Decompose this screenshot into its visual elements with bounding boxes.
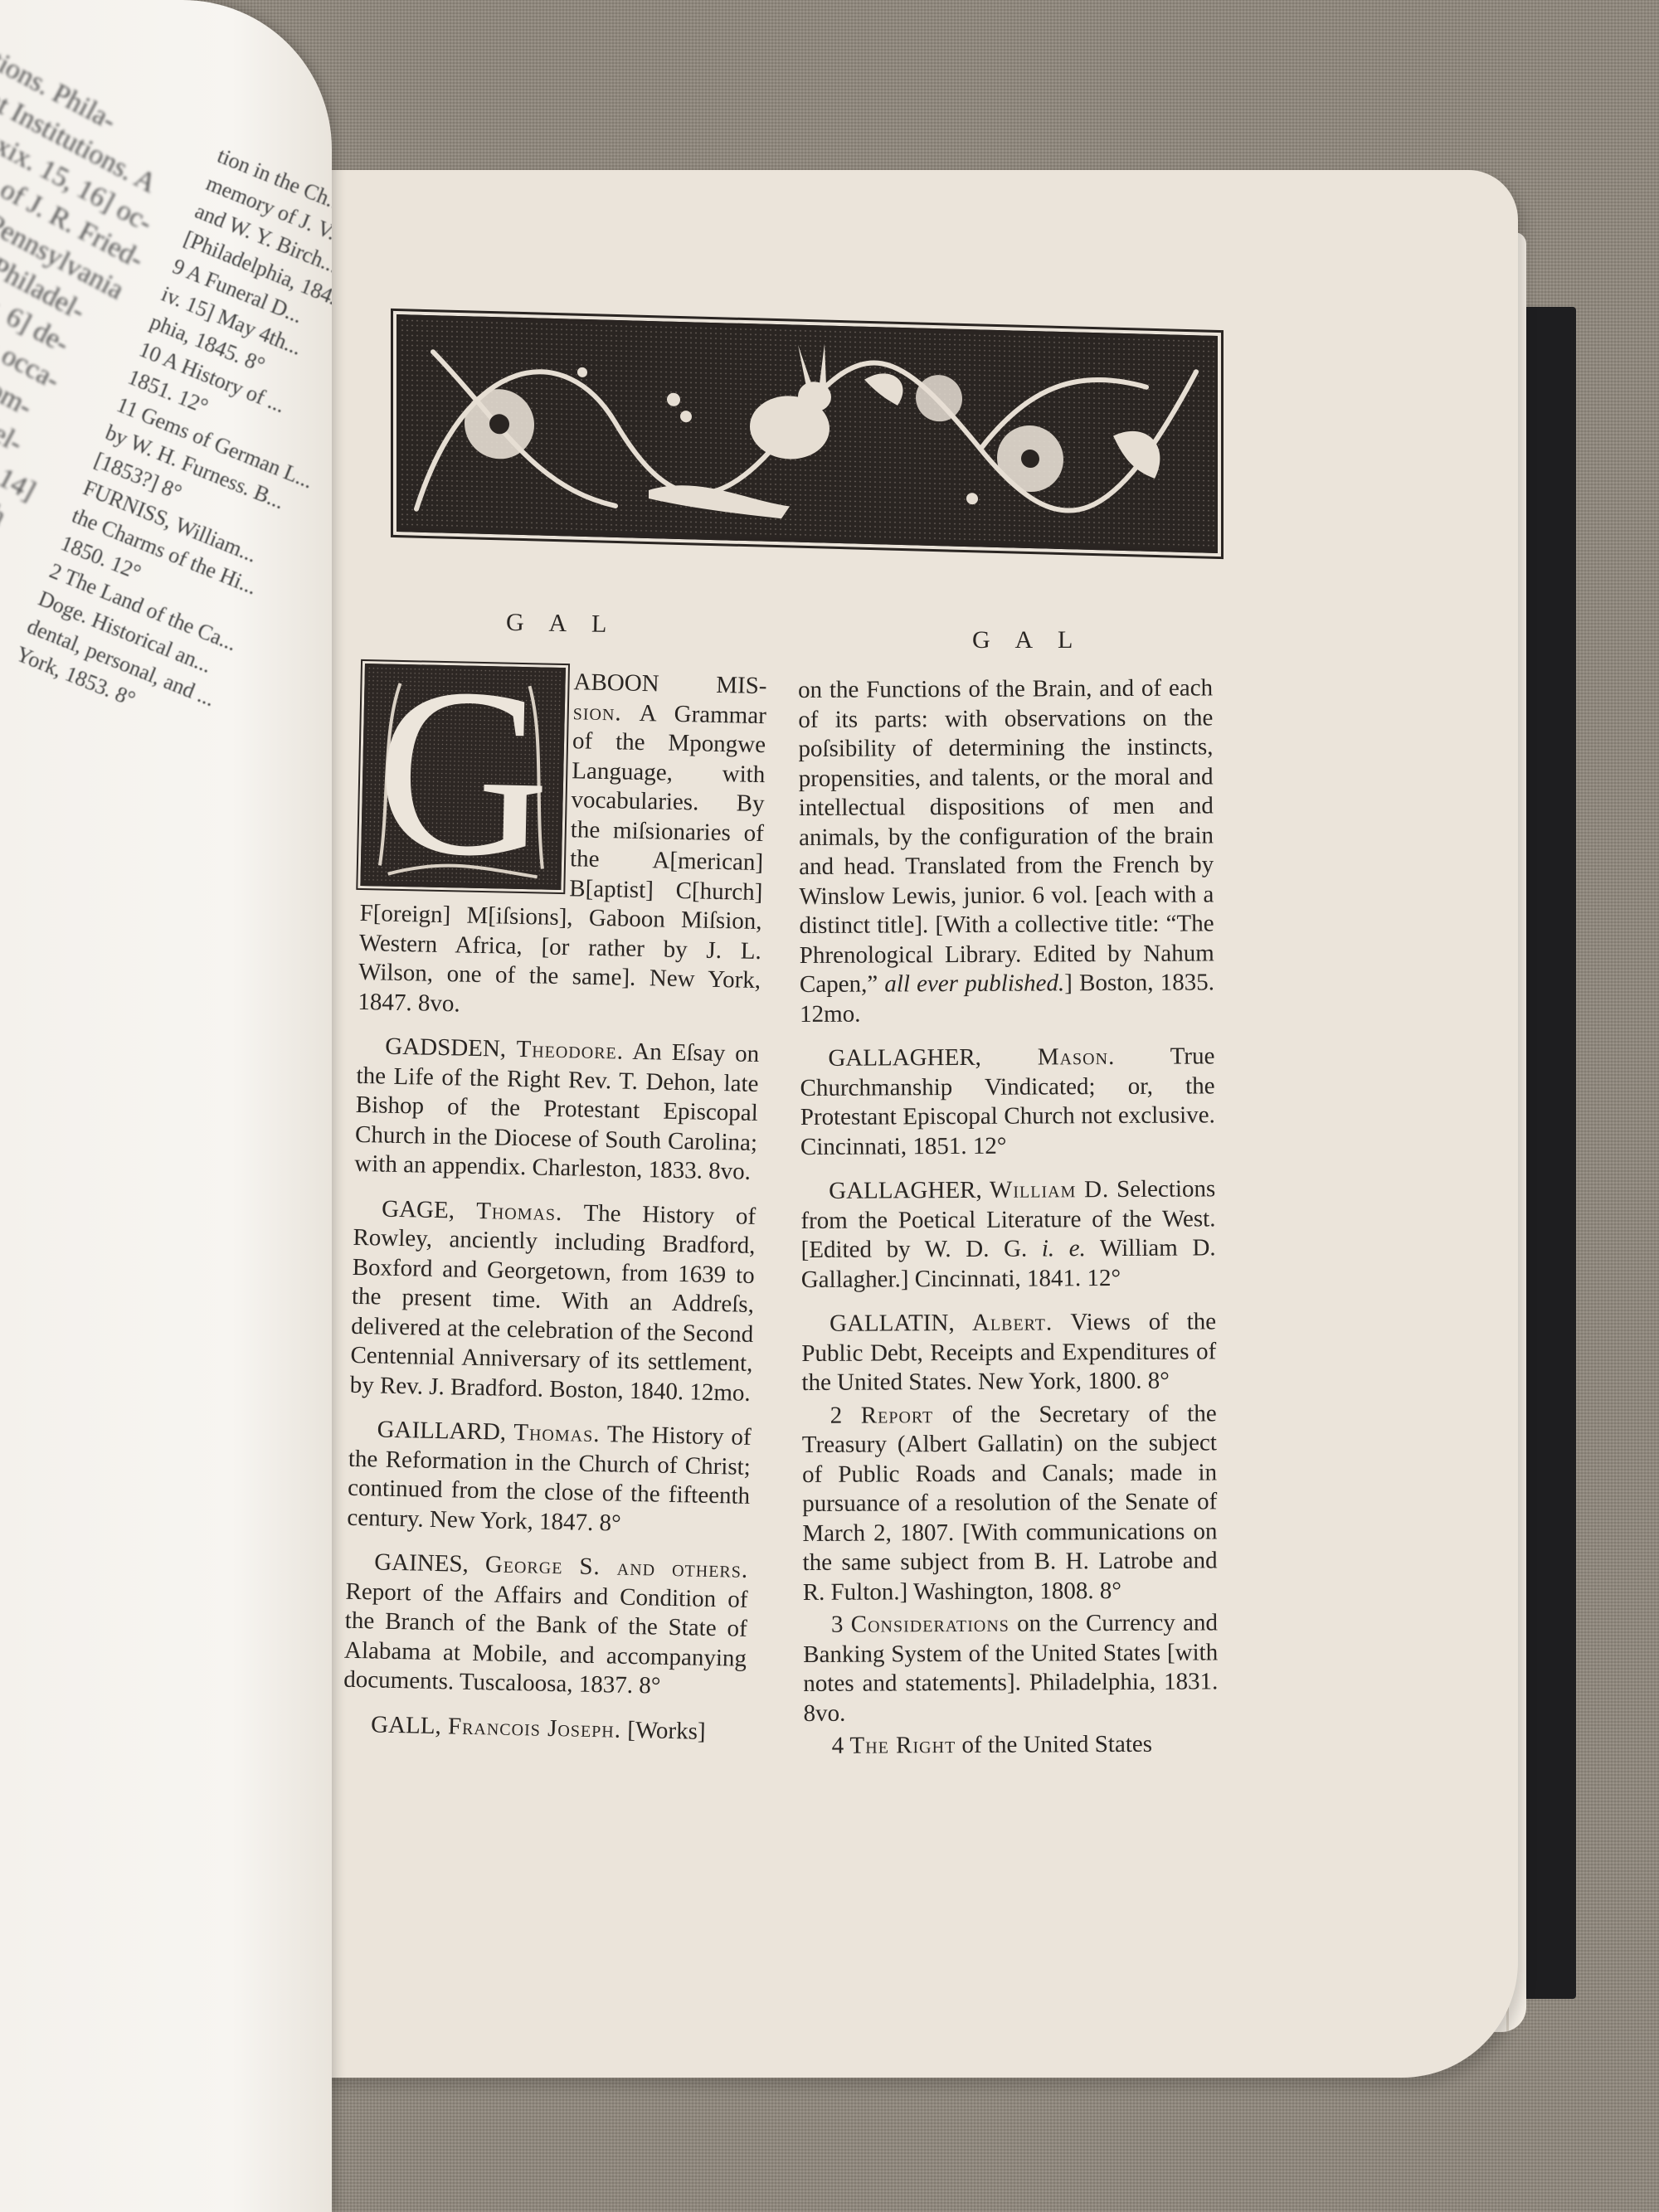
entry-gallatin-4: 4 The Right of the United States [804,1729,1219,1761]
floral-rabbit-ornament-icon [400,318,1214,550]
running-head-right: G A L [972,626,1082,654]
running-head-left: G A L [506,609,617,639]
entry-gall-continued: on the Functions of the Brain, and of ea… [798,673,1214,1029]
entry-gallatin: GALLATIN, Albert. Views of the Public De… [801,1307,1217,1398]
entry-gaines: GAINES, George S. and others. Report of … [343,1548,749,1704]
entry-gallatin-3: 3 Considerations on the Currency and Ban… [803,1608,1219,1728]
ornamental-headpiece [397,314,1218,553]
left-page: ...tions. Phila- ...ent Institutions. A … [0,0,332,2212]
entry-gaboon: G ABOON MIS- sion. A Grammar of the Mpon… [358,664,767,1025]
entry-gallagher-mason: GALLAGHER, Mason. True Churchmanship Vin… [800,1042,1215,1162]
left-column: G ABOON MIS- sion. A Grammar of the Mpon… [342,664,766,1762]
entry-gadsden: GADSDEN, Theodore. An Eſsay on the Life … [354,1032,760,1188]
entry-gallagher-william: GALLAGHER, William D. Selections from th… [800,1174,1216,1295]
entry-gage: GAGE, Thomas. The History of Rowley, anc… [349,1194,756,1408]
entry-gallatin-2: 2 Report of the Secretary of the Treasur… [802,1399,1218,1607]
right-column: on the Functions of the Brain, and of ea… [798,673,1219,1776]
entry-gaillard: GAILLARD, Thomas. The History of the Ref… [347,1415,752,1541]
drop-cap: G [360,664,566,890]
entry-gall: GALL, Francois Joseph. [Works] [343,1709,746,1748]
